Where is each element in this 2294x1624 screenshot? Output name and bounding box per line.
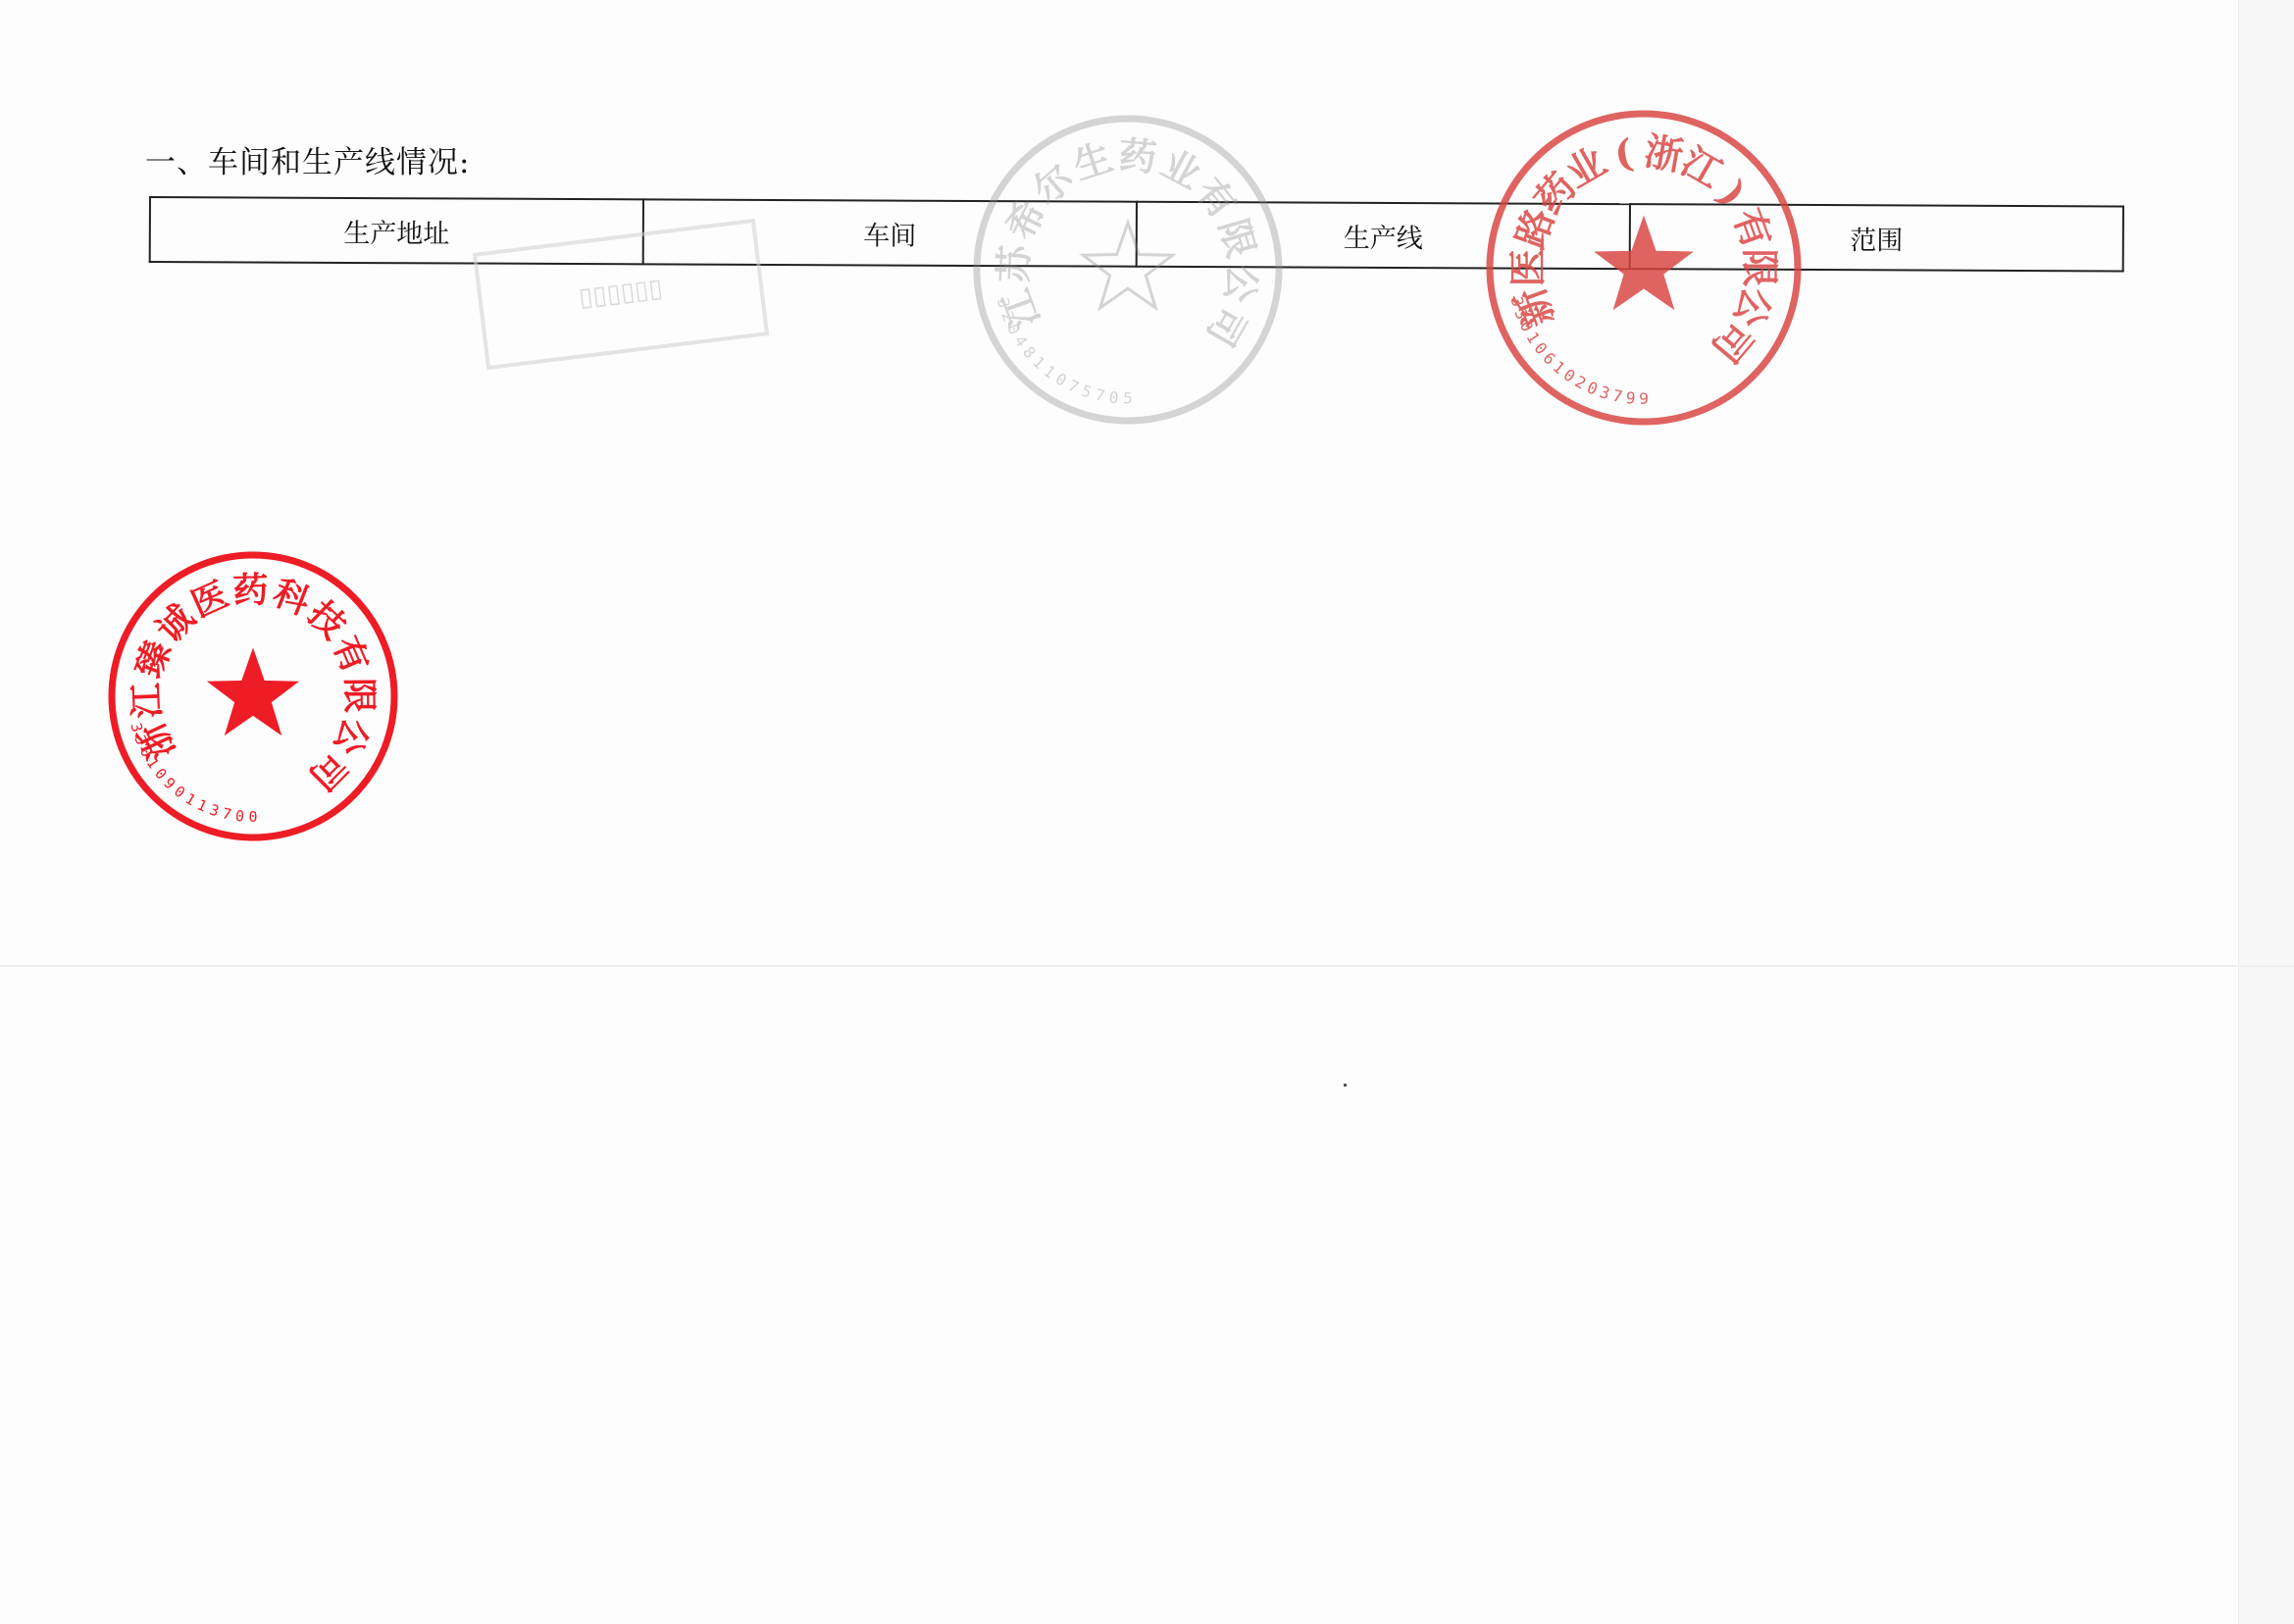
svg-text:5: 5	[1123, 389, 1133, 408]
svg-text:(: (	[1610, 130, 1636, 178]
svg-text:1: 1	[194, 795, 210, 815]
seal-graphic: 江苏希尔生药业有限公司3204811075705	[971, 113, 1285, 427]
svg-text:9: 9	[1625, 388, 1637, 408]
star-icon	[1599, 220, 1690, 307]
svg-text:江: 江	[126, 682, 168, 719]
svg-text:5: 5	[1079, 381, 1094, 402]
svg-text:7: 7	[221, 804, 233, 824]
svg-text:限: 限	[1210, 215, 1263, 263]
company-seal-gray: 江苏希尔生药业有限公司3204811075705	[971, 113, 1285, 427]
fold-line	[0, 965, 2294, 967]
svg-text:0: 0	[234, 807, 245, 826]
star-icon	[211, 652, 295, 732]
svg-text:7: 7	[1065, 376, 1082, 396]
svg-text:苏: 苏	[993, 242, 1039, 283]
document-page: 一、车间和生产线情况: 生产地址 车间 生产线 范围 ▯▯▯▯▯▯ 江苏希尔生药…	[0, 0, 2294, 1624]
svg-text:0: 0	[248, 808, 257, 826]
svg-text:3: 3	[1598, 382, 1612, 403]
seal-graphic: 新医路药业(浙江)有限公司33010610203799	[1484, 108, 1804, 428]
svg-text:有: 有	[1724, 203, 1780, 254]
svg-text:限: 限	[1736, 248, 1781, 286]
svg-text:7: 7	[1094, 385, 1107, 406]
company-seal-red-right: 新医路药业(浙江)有限公司33010610203799	[1484, 108, 1804, 428]
svg-text:药: 药	[1117, 133, 1158, 180]
svg-text:0: 0	[1108, 387, 1120, 407]
svg-text:司: 司	[1198, 299, 1254, 354]
scan-speck	[1344, 1084, 1347, 1087]
svg-text:公: 公	[1216, 262, 1264, 305]
svg-text:7: 7	[1611, 386, 1624, 407]
svg-text:医: 医	[1506, 248, 1552, 286]
seal-graphic: 浙江臻诚医药科技有限公司3301090113700	[106, 549, 400, 843]
company-seal-red-left: 浙江臻诚医药科技有限公司3301090113700	[106, 549, 400, 843]
svg-text:药: 药	[232, 570, 269, 612]
svg-text:3: 3	[207, 801, 221, 821]
star-icon	[1083, 223, 1172, 308]
section-heading: 一、车间和生产线情况:	[145, 137, 470, 181]
svg-text:9: 9	[1639, 389, 1649, 408]
scan-edge	[2238, 0, 2294, 1624]
svg-text:限: 限	[338, 678, 380, 713]
